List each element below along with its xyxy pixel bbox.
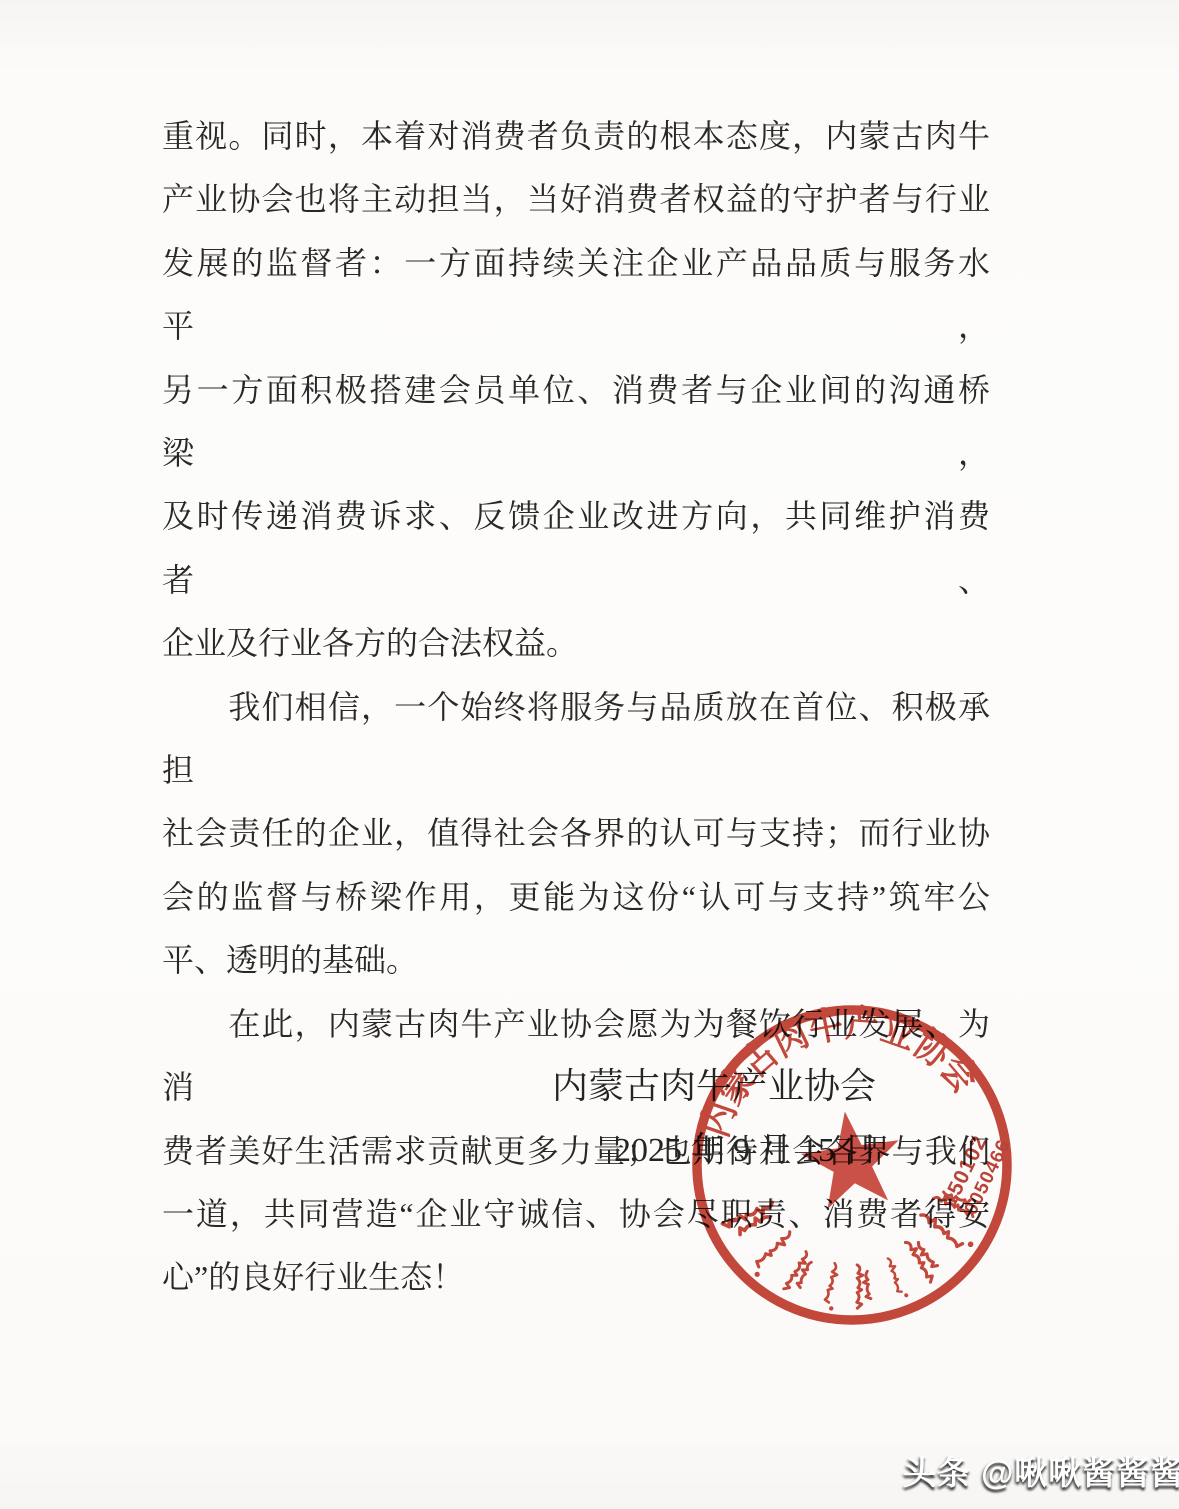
seal-star-icon xyxy=(801,1112,899,1209)
letter-line: 我们相信，一个始终将服务与品质放在首位、积极承担 xyxy=(162,676,990,803)
letter-line: 另一方面积极搭建会员单位、消费者与企业间的沟通桥梁， xyxy=(162,359,990,486)
watermark-toutiao: 头条 @啾啾酱酱酱 xyxy=(903,1447,1179,1494)
letter-line: 会的监督与桥梁作用，更能为这份“认可与支持”筑牢公 xyxy=(162,866,990,929)
letter-line: 企业及行业各方的合法权益。 xyxy=(162,612,990,675)
seal-arc-text-wrap: 内蒙古肉牛产业协会 xyxy=(694,1003,985,1142)
seal-arc-text: 内蒙古肉牛产业协会 xyxy=(694,1003,985,1142)
letter-line: 发展的监督者：一方面持续关注企业产品品质与服务水平， xyxy=(162,232,990,359)
official-seal-stamp: 内蒙古肉牛产业协会 150102 0050466 xyxy=(682,995,1022,1335)
letter-line: 及时传递消费诉求、反馈企业改进方向，共同维护消费者、 xyxy=(162,485,990,612)
letter-line: 产业协会也将主动担当，当好消费者权益的守护者与行业 xyxy=(162,168,990,231)
letter-line: 平、透明的基础。 xyxy=(162,929,990,992)
letter-page: 重视。同时，本着对消费者负责的根本态度，内蒙古肉牛产业协会也将主动担当，当好消费… xyxy=(0,0,1179,1509)
letter-line: 社会责任的企业，值得社会各界的认可与支持；而行业协 xyxy=(162,802,990,865)
letter-line: 重视。同时，本着对消费者负责的根本态度，内蒙古肉牛 xyxy=(162,105,990,168)
